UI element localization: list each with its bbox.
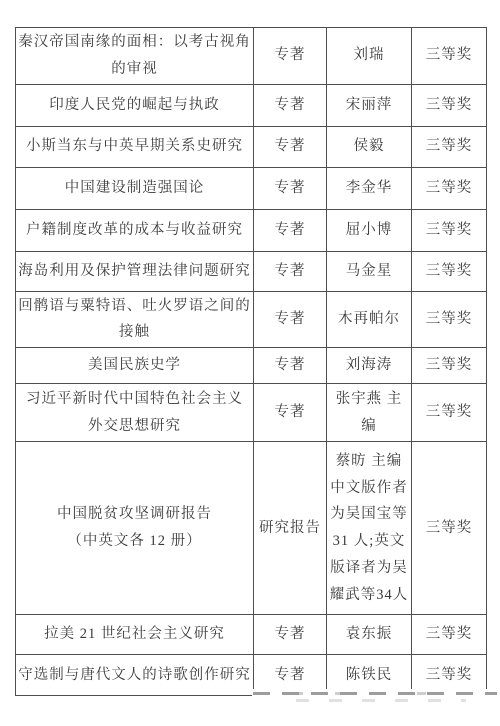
- title-cell: 小斯当东与中英早期关系史研究: [16, 126, 254, 167]
- title-cell: 守选制与唐代文人的诗歌创作研究: [16, 655, 254, 696]
- title-cell: 中国脱贫攻坚调研报告 （中英文各 12 册）: [16, 442, 254, 615]
- author-cell: 刘瑞: [327, 28, 412, 85]
- table-row: 美国民族史学专著刘海涛三等奖: [16, 348, 487, 384]
- table-row: 秦汉帝国南缘的面相：以考古视角 的审视专著刘瑞三等奖: [16, 28, 487, 85]
- award-cell: 三等奖: [412, 126, 487, 167]
- award-cell: 三等奖: [412, 167, 487, 209]
- title-cell: 回鹘语与粟特语、吐火罗语之间的 接触: [16, 291, 254, 348]
- type-cell: 专著: [254, 126, 327, 167]
- type-cell: 专著: [254, 384, 327, 442]
- title-cell: 习近平新时代中国特色社会主义 外交思想研究: [16, 384, 254, 442]
- author-cell: 屈小博: [327, 209, 412, 251]
- table-row: 中国脱贫攻坚调研报告 （中英文各 12 册）研究报告蔡昉 主编 中文版作者 为吴…: [16, 442, 487, 615]
- table-row: 拉美 21 世纪社会主义研究专著袁东振三等奖: [16, 615, 487, 655]
- title-cell: 拉美 21 世纪社会主义研究: [16, 615, 254, 655]
- author-cell: 袁东振: [327, 615, 412, 655]
- title-cell: 印度人民党的崛起与执政: [16, 84, 254, 126]
- award-cell: 三等奖: [412, 291, 487, 348]
- table-row: 回鹘语与粟特语、吐火罗语之间的 接触专著木再帕尔三等奖: [16, 291, 487, 348]
- table-row: 小斯当东与中英早期关系史研究专著侯毅三等奖: [16, 126, 487, 167]
- type-cell: 专著: [254, 615, 327, 655]
- author-cell: 马金星: [327, 251, 412, 291]
- type-cell: 专著: [254, 348, 327, 384]
- title-cell: 美国民族史学: [16, 348, 254, 384]
- title-cell: 海岛利用及保护管理法律问题研究: [16, 251, 254, 291]
- type-cell: 研究报告: [254, 442, 327, 615]
- award-cell: 三等奖: [412, 28, 487, 85]
- author-cell: 李金华: [327, 167, 412, 209]
- author-cell: 宋丽萍: [327, 84, 412, 126]
- award-cell: 三等奖: [412, 251, 487, 291]
- award-table-body: 秦汉帝国南缘的面相：以考古视角 的审视专著刘瑞三等奖印度人民党的崛起与执政专著宋…: [16, 28, 487, 696]
- award-table: 秦汉帝国南缘的面相：以考古视角 的审视专著刘瑞三等奖印度人民党的崛起与执政专著宋…: [15, 27, 487, 696]
- type-cell: 专著: [254, 167, 327, 209]
- table-row: 习近平新时代中国特色社会主义 外交思想研究专著张宇燕 主 编三等奖: [16, 384, 487, 442]
- award-cell: 三等奖: [412, 615, 487, 655]
- table-row: 海岛利用及保护管理法律问题研究专著马金星三等奖: [16, 251, 487, 291]
- title-cell: 中国建设制造强国论: [16, 167, 254, 209]
- document-page: 秦汉帝国南缘的面相：以考古视角 的审视专著刘瑞三等奖印度人民党的崛起与执政专著宋…: [0, 0, 500, 726]
- watermark-dashes: [253, 692, 497, 695]
- award-cell: 三等奖: [412, 442, 487, 615]
- table-row: 户籍制度改革的成本与收益研究专著屈小博三等奖: [16, 209, 487, 251]
- title-cell: 秦汉帝国南缘的面相：以考古视角 的审视: [16, 28, 254, 85]
- watermark-dashes-faint: [296, 699, 466, 702]
- author-cell: 张宇燕 主 编: [327, 384, 412, 442]
- award-cell: 三等奖: [412, 384, 487, 442]
- type-cell: 专著: [254, 251, 327, 291]
- author-cell: 木再帕尔: [327, 291, 412, 348]
- author-cell: 蔡昉 主编 中文版作者 为吴国宝等 31 人;英文 版译者为吴 耀武等34人: [327, 442, 412, 615]
- award-cell: 三等奖: [412, 348, 487, 384]
- table-row: 中国建设制造强国论专著李金华三等奖: [16, 167, 487, 209]
- type-cell: 专著: [254, 209, 327, 251]
- table-row: 印度人民党的崛起与执政专著宋丽萍三等奖: [16, 84, 487, 126]
- type-cell: 专著: [254, 84, 327, 126]
- award-cell: 三等奖: [412, 84, 487, 126]
- award-cell: 三等奖: [412, 209, 487, 251]
- author-cell: 刘海涛: [327, 348, 412, 384]
- type-cell: 专著: [254, 291, 327, 348]
- title-cell: 户籍制度改革的成本与收益研究: [16, 209, 254, 251]
- author-cell: 侯毅: [327, 126, 412, 167]
- type-cell: 专著: [254, 28, 327, 85]
